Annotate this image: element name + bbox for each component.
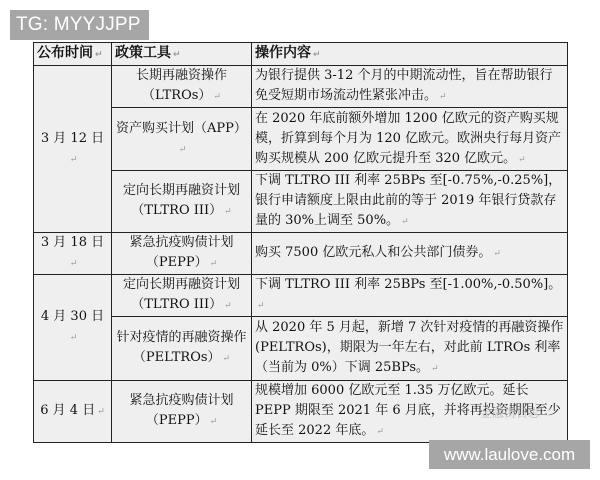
tool-cell: 定向长期再融资计划（TLTRO III）↵ <box>112 275 252 317</box>
header-content: 操作内容↵ <box>252 43 568 66</box>
table-header-row: 公布时间↵ 政策工具↵ 操作内容↵ <box>34 43 568 66</box>
wechat-watermark: 金融街日志 <box>480 404 540 421</box>
tool-cell: 长期再融资操作（LTROs）↵ <box>112 66 252 108</box>
table-row: 3 月 12 日↵ 长期再融资操作（LTROs）↵ 为银行提供 3-12 个月的… <box>34 66 568 108</box>
date-cell: 3 月 18 日↵ <box>34 233 112 275</box>
content-cell: 从 2020 年 5 月起，新增 7 次针对疫情的再融资操作(PELTROs)，… <box>252 317 568 381</box>
date-cell: 6 月 4 日↵ <box>34 381 112 443</box>
watermark-top: TG: MYYJJPP <box>10 10 149 40</box>
content-cell: 购买 7500 亿欧元私人和公共部门债券。↵ <box>252 233 568 275</box>
date-cell: 4 月 30 日↵ <box>34 275 112 381</box>
header-tool: 政策工具↵ <box>112 43 252 66</box>
content-cell: 为银行提供 3-12 个月的中期流动性，旨在帮助银行免受短期市场流动性紧张冲击。… <box>252 66 568 108</box>
content-cell: 下调 TLTRO III 利率 25BPs 至[-0.75%,-0.25%]，银… <box>252 171 568 233</box>
ecb-policy-table: 公布时间↵ 政策工具↵ 操作内容↵ 3 月 12 日↵ 长期再融资操作（LTRO… <box>33 42 568 443</box>
content-cell: 下调 TLTRO III 利率 25BPs 至[-1.00%,-0.50%]。↵ <box>252 275 568 317</box>
tool-cell: 定向长期再融资计划（TLTRO III）↵ <box>112 171 252 233</box>
content-cell: 在 2020 年底前额外增加 1200 亿欧元的资产购买规模，折算到每个月为 1… <box>252 108 568 171</box>
table-row: 针对疫情的再融资操作（PELTROs）↵ 从 2020 年 5 月起，新增 7 … <box>34 317 568 381</box>
watermark-bottom: www.laulove.com <box>429 440 590 469</box>
tool-cell: 紧急抗疫购债计划（PEPP）↵ <box>112 233 252 275</box>
table-row: 定向长期再融资计划（TLTRO III）↵ 下调 TLTRO III 利率 25… <box>34 171 568 233</box>
table-row: 3 月 18 日↵ 紧急抗疫购债计划（PEPP）↵ 购买 7500 亿欧元私人和… <box>34 233 568 275</box>
table-row: 4 月 30 日↵ 定向长期再融资计划（TLTRO III）↵ 下调 TLTRO… <box>34 275 568 317</box>
date-cell: 3 月 12 日↵ <box>34 66 112 233</box>
table-row: 资产购买计划（APP）↵ 在 2020 年底前额外增加 1200 亿欧元的资产购… <box>34 108 568 171</box>
header-date: 公布时间↵ <box>34 43 112 66</box>
tool-cell: 紧急抗疫购债计划（PEPP）↵ <box>112 381 252 443</box>
tool-cell: 针对疫情的再融资操作（PELTROs）↵ <box>112 317 252 381</box>
tool-cell: 资产购买计划（APP）↵ <box>112 108 252 171</box>
